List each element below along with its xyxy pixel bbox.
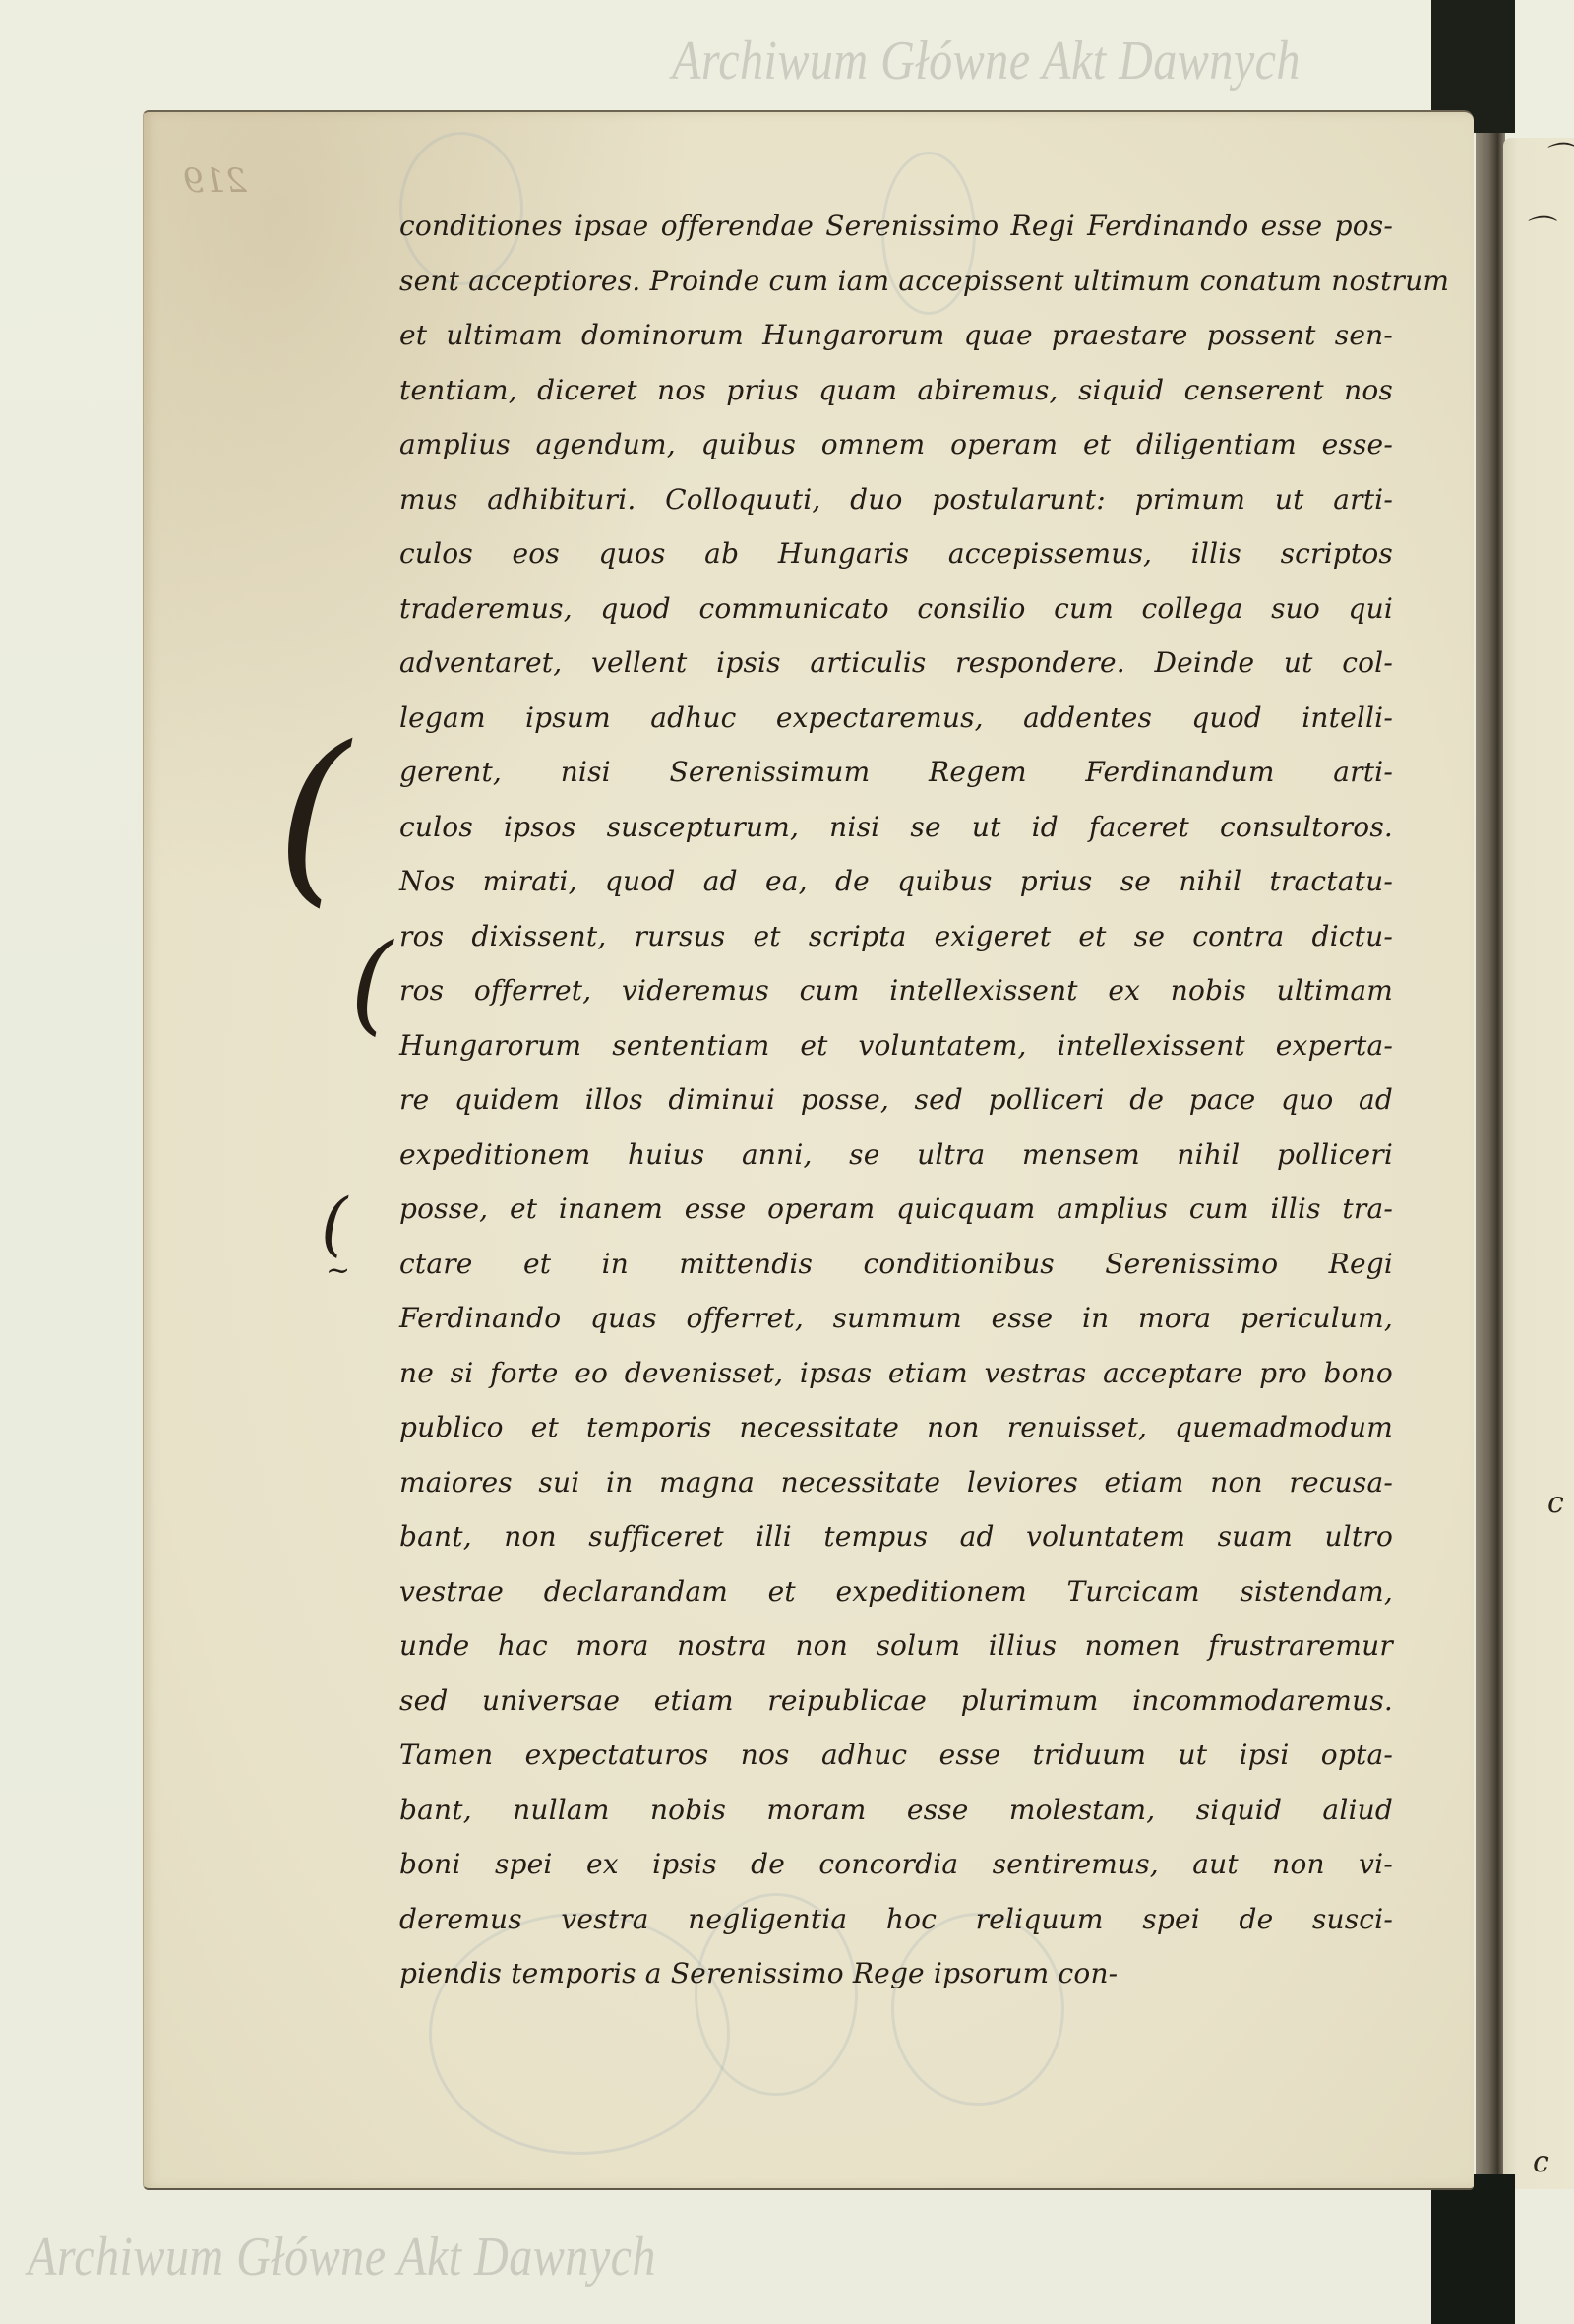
manuscript-line: piendis temporis a Serenissimo Rege ipso…: [399, 1946, 1393, 2001]
manuscript-page: 219 ( ( ( ~ conditiones ipsae offerendae…: [143, 110, 1474, 2190]
manuscript-line: adventaret, vellent ipsis articulis resp…: [399, 636, 1393, 691]
manuscript-line: boni spei ex ipsis de concordia sentirem…: [399, 1837, 1393, 1892]
book-gutter: [1476, 133, 1505, 2179]
manuscript-line: deremus vestra negligentia hoc reliquum …: [399, 1892, 1393, 1947]
manuscript-line: bant, nullam nobis moram esse molestam, …: [399, 1783, 1393, 1838]
binding-strip-bottom: [1431, 2174, 1515, 2324]
manuscript-line: bant, non sufficeret illi tempus ad volu…: [399, 1509, 1393, 1564]
manuscript-line: legam ipsum adhuc expectaremus, addentes…: [399, 691, 1393, 746]
manuscript-line: culos ipsos suscepturum, nisi se ut id f…: [399, 800, 1393, 855]
adjacent-page-mark: ⌒: [1523, 207, 1552, 250]
manuscript-line: expeditionem huius anni, se ultra mensem…: [399, 1128, 1393, 1183]
manuscript-line: ne si forte eo devenisset, ipsas etiam v…: [399, 1346, 1393, 1401]
manuscript-line: culos eos quos ab Hungaris accepissemus,…: [399, 526, 1393, 581]
adjacent-page: ⌒ ⌒ c c: [1503, 138, 1574, 2189]
manuscript-line: Hungarorum sententiam et voluntatem, int…: [399, 1018, 1393, 1073]
adjacent-page-mark: c: [1547, 1486, 1564, 1520]
manuscript-line: Nos mirati, quod ad ea, de quibus prius …: [399, 854, 1393, 909]
folio-number-bleedthrough: 219: [183, 161, 247, 201]
manuscript-line: amplius agendum, quibus omnem operam et …: [399, 417, 1393, 472]
manuscript-line: maiores sui in magna necessitate leviore…: [399, 1455, 1393, 1510]
manuscript-line: re quidem illos diminui posse, sed polli…: [399, 1072, 1393, 1128]
margin-pointer-mark: ~: [326, 1254, 350, 1288]
manuscript-line: unde hac mora nostra non solum illius no…: [399, 1619, 1393, 1674]
archive-watermark-top: Archiwum Główne Akt Dawnych: [672, 30, 1301, 92]
margin-bracket-small: (: [321, 1190, 347, 1258]
manuscript-line: sed universae etiam reipublicae plurimum…: [399, 1674, 1393, 1729]
adjacent-page-mark: ⌒: [1543, 133, 1572, 176]
manuscript-line: ctare et in mittendis conditionibus Sere…: [399, 1237, 1393, 1292]
manuscript-line: ros dixissent, rursus et scripta exigere…: [399, 909, 1393, 964]
margin-bracket-medium: (: [350, 929, 393, 1037]
manuscript-line: conditiones ipsae offerendae Serenissimo…: [399, 199, 1393, 254]
manuscript-line: et ultimam dominorum Hungarorum quae pra…: [399, 308, 1393, 363]
manuscript-line: ros offerret, videremus cum intellexisse…: [399, 963, 1393, 1018]
manuscript-line: posse, et inanem esse operam quicquam am…: [399, 1182, 1393, 1237]
manuscript-line: gerent, nisi Serenissimum Regem Ferdinan…: [399, 745, 1393, 800]
adjacent-page-mark: c: [1533, 2145, 1549, 2179]
manuscript-text: conditiones ipsae offerendae Serenissimo…: [399, 199, 1393, 2001]
manuscript-line: sent acceptiores. Proinde cum iam accepi…: [399, 254, 1393, 309]
archive-watermark-bottom: Archiwum Główne Akt Dawnych: [28, 2226, 656, 2289]
manuscript-line: publico et temporis necessitate non renu…: [399, 1400, 1393, 1455]
manuscript-line: mus adhibituri. Colloquuti, duo postular…: [399, 472, 1393, 527]
margin-bracket-large: (: [276, 722, 349, 909]
manuscript-line: traderemus, quod communicato consilio cu…: [399, 581, 1393, 637]
manuscript-line: Tamen expectaturos nos adhuc esse triduu…: [399, 1728, 1393, 1783]
manuscript-line: vestrae declarandam et expeditionem Turc…: [399, 1564, 1393, 1620]
manuscript-line: Ferdinando quas offerret, summum esse in…: [399, 1291, 1393, 1346]
manuscript-line: tentiam, diceret nos prius quam abiremus…: [399, 363, 1393, 418]
